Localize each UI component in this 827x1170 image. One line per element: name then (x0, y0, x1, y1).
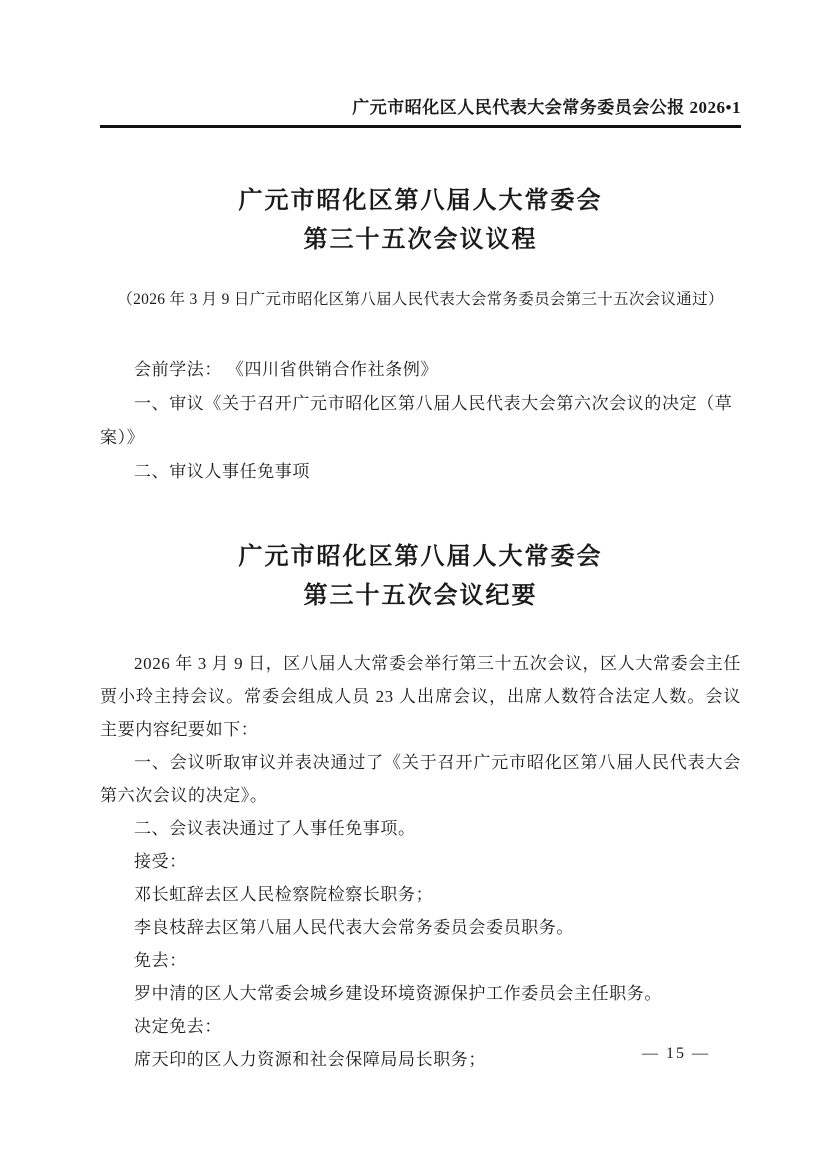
minutes-paragraph-decide-remove-label: 决定免去： (100, 1010, 741, 1043)
adoption-date-note: （2026 年 3 月 9 日广元市昭化区第八届人民代表大会常务委员会第三十五次… (100, 289, 741, 311)
agenda-title-line2: 第三十五次会议议程 (100, 221, 741, 260)
minutes-title-line2: 第三十五次会议纪要 (100, 577, 741, 616)
agenda-title-line1: 广元市昭化区第八届人大常委会 (100, 182, 741, 221)
agenda-item-2: 二、审议人事任免事项 (100, 455, 741, 489)
minutes-title: 广元市昭化区第八届人大常委会 第三十五次会议纪要 (100, 538, 741, 616)
agenda-item-pre-study: 会前学法： 《四川省供销合作社条例》 (100, 353, 741, 387)
header-rule (100, 125, 741, 128)
agenda-item-1: 一、审议《关于召开广元市昭化区第八届人民代表大会第六次会议的决定（草案）》 (100, 387, 741, 455)
agenda-items: 会前学法： 《四川省供销合作社条例》 一、审议《关于召开广元市昭化区第八届人民代… (100, 353, 741, 489)
minutes-paragraph-intro: 2026 年 3 月 9 日，区八届人大常委会举行第三十五次会议，区人大常委会主… (100, 647, 741, 746)
minutes-paragraph-remove-label: 免去： (100, 944, 741, 977)
page-number: — 15 — (642, 1045, 710, 1063)
minutes-paragraph-resignation-2: 李良枝辞去区第八届人民代表大会常务委员会委员职务。 (100, 911, 741, 944)
minutes-paragraph-accept-label: 接受： (100, 845, 741, 878)
gazette-page: 广元市昭化区人民代表大会常务委员会公报 2026•1 广元市昭化区第八届人大常委… (0, 0, 827, 1170)
minutes-paragraph-item2: 二、会议表决通过了人事任免事项。 (100, 812, 741, 845)
minutes-paragraph-item1: 一、会议听取审议并表决通过了《关于召开广元市昭化区第八届人民代表大会第六次会议的… (100, 746, 741, 812)
minutes-paragraph-removal-1: 罗中清的区人大常委会城乡建设环境资源保护工作委员会主任职务。 (100, 977, 741, 1010)
page-content: 广元市昭化区人民代表大会常务委员会公报 2026•1 广元市昭化区第八届人大常委… (100, 98, 741, 1076)
minutes-paragraph-resignation-1: 邓长虹辞去区人民检察院检察长职务； (100, 878, 741, 911)
minutes-title-line1: 广元市昭化区第八届人大常委会 (100, 538, 741, 577)
masthead-title: 广元市昭化区人民代表大会常务委员会公报 2026•1 (100, 98, 741, 118)
minutes-body: 2026 年 3 月 9 日，区八届人大常委会举行第三十五次会议，区人大常委会主… (100, 647, 741, 1076)
agenda-title: 广元市昭化区第八届人大常委会 第三十五次会议议程 (100, 182, 741, 260)
